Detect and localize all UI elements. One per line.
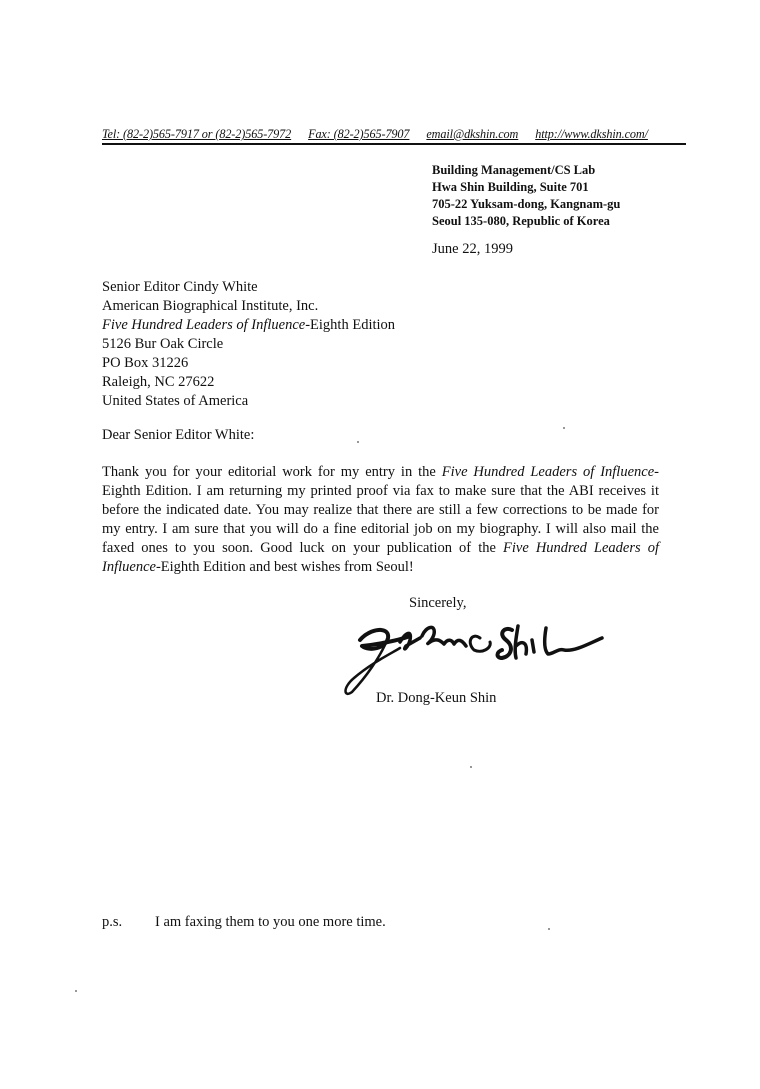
- closing: Sincerely,: [409, 595, 466, 612]
- sender-line: 705-22 Yuksam-dong, Kangnam-gu: [432, 196, 620, 213]
- body-text: Thank you for your editorial work for my…: [102, 464, 442, 480]
- body-text: -Eighth Edition and best wishes from Seo…: [156, 559, 414, 575]
- publication-title: Five Hundred Leaders of Influence: [102, 317, 305, 333]
- signer-name: Dr. Dong-Keun Shin: [376, 690, 496, 707]
- sender-line: Building Management/CS Lab: [432, 162, 620, 179]
- scan-speck: [357, 441, 359, 443]
- sender-address: Building Management/CS Lab Hwa Shin Buil…: [432, 162, 620, 230]
- publication-title: Five Hundred Leaders of Influence: [442, 464, 654, 480]
- postscript-label: p.s.: [102, 914, 155, 931]
- recipient-country: United States of America: [102, 392, 395, 411]
- handwritten-signature: [340, 618, 610, 698]
- scan-speck: [563, 427, 565, 429]
- sender-line: Hwa Shin Building, Suite 701: [432, 179, 620, 196]
- letter-date: June 22, 1999: [432, 241, 513, 258]
- recipient-street: 5126 Bur Oak Circle: [102, 335, 395, 354]
- sender-line: Seoul 135-080, Republic of Korea: [432, 213, 620, 230]
- recipient-organization: American Biographical Institute, Inc.: [102, 297, 395, 316]
- recipient-name: Senior Editor Cindy White: [102, 278, 395, 297]
- postscript: p.s.I am faxing them to you one more tim…: [102, 914, 386, 931]
- letter-body: Thank you for your editorial work for my…: [102, 463, 659, 577]
- scan-speck: [75, 990, 77, 992]
- postscript-text: I am faxing them to you one more time.: [155, 914, 386, 930]
- fax-number: Fax: (82-2)565-7907: [308, 127, 409, 141]
- letterhead-rule: [102, 143, 686, 145]
- recipient-city: Raleigh, NC 27622: [102, 373, 395, 392]
- letterhead-contact-line: Tel: (82-2)565-7917 or (82-2)565-7972 Fa…: [102, 127, 686, 142]
- website-url: http://www.dkshin.com/: [535, 127, 648, 141]
- salutation: Dear Senior Editor White:: [102, 427, 254, 444]
- recipient-po-box: PO Box 31226: [102, 354, 395, 373]
- telephone-numbers: Tel: (82-2)565-7917 or (82-2)565-7972: [102, 127, 291, 141]
- recipient-publication: Five Hundred Leaders of Influence-Eighth…: [102, 316, 395, 335]
- publication-edition: -Eighth Edition: [305, 317, 395, 333]
- scan-speck: [470, 766, 472, 768]
- recipient-address: Senior Editor Cindy White American Biogr…: [102, 278, 395, 411]
- email-address: email@dkshin.com: [426, 127, 518, 141]
- scan-speck: [548, 928, 550, 930]
